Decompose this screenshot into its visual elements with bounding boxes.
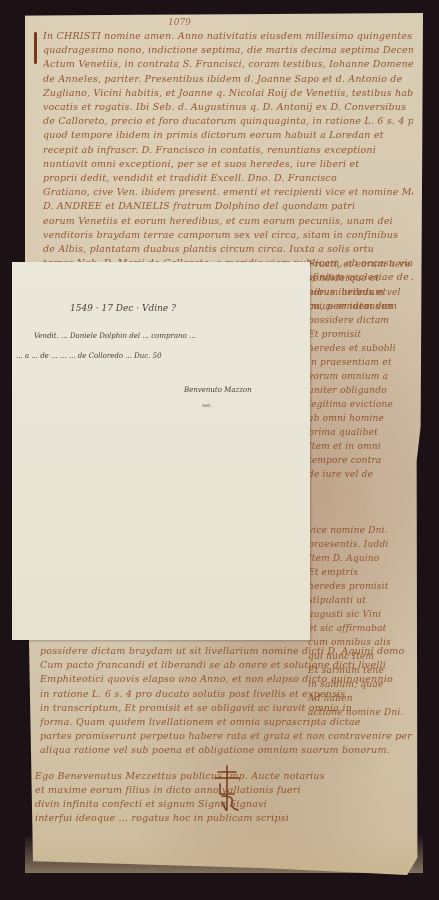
folio-number: 1079 (168, 18, 191, 28)
manuscript-line: vendidetque et (308, 272, 416, 286)
manuscript-line: ab omni homine (308, 412, 416, 426)
manuscript-line: heredes et subobli (308, 342, 416, 356)
manuscript-line: in ratione L. 6 s. 4 pro ducato solutis … (40, 688, 415, 702)
parchment-bottom-edge (25, 835, 423, 873)
manuscript-line: legitima evictione (308, 398, 416, 412)
manuscript-line: recepit ab infrascr. D. Francisco in con… (43, 144, 413, 158)
manuscript-line: et sic affirmabat (308, 622, 416, 636)
manuscript-line: venditoris braydam terrae camporum sex v… (43, 229, 413, 243)
manuscript-line: nuntiavit omni exceptioni, per se et suo… (43, 158, 413, 172)
deed-text-bottom: possidere dictam braydam ut sit livellar… (40, 645, 415, 759)
manuscript-line: praesentis. Iuddi (308, 538, 416, 552)
manuscript-line: de Calloreto, precio et foro ducatorum q… (43, 115, 413, 129)
manuscript-line: In CHRISTI nomine amen. Anno nativitatis… (43, 30, 413, 44)
note-body-line-2: ... a ... de ... ... ... de Colloredo ..… (16, 352, 162, 360)
manuscript-line: in transcriptum, Et promisit et se oblig… (40, 702, 415, 716)
manuscript-line: vice nomine Dni. (308, 524, 416, 538)
manuscript-line (308, 496, 416, 510)
manuscript-line: Gratiano, cive Ven. ibidem present. emen… (43, 186, 413, 200)
manuscript-line: possidere dictam (308, 314, 416, 328)
manuscript-line (308, 510, 416, 524)
manuscript-line: Zugliano, Vicini habitis, et Joanne q. N… (43, 87, 413, 101)
manuscript-line: D. ANDREE et DANIELIS fratrum Dolphino d… (43, 200, 413, 214)
manuscript-line: augusti sic Vini (308, 608, 416, 622)
manuscript-line: cuius se idem ven (308, 300, 416, 314)
manuscript-line: vocatis et rogatis. Ibi Seb. d. Augustin… (43, 101, 413, 115)
manuscript-line: eorum omnium a (308, 370, 416, 384)
manuscript-line: Fructi, et eorum here (308, 258, 416, 272)
manuscript-line: proprii dedit, vendidit et tradidit Exce… (43, 172, 413, 186)
manuscript-line: Actum Venetiis, in contrata S. Francisci… (43, 58, 413, 72)
manuscript-line: quadragesimo nono, indictione septima, d… (43, 44, 413, 58)
note-signature: Benvenuto Mazzon (184, 386, 252, 394)
manuscript-line: de iure vel de (308, 468, 416, 482)
notary-signum-icon (210, 764, 244, 812)
manuscript-line: interfui ideoque ... rogatus hoc in publ… (35, 812, 415, 826)
manuscript-line: Et promisit (308, 328, 416, 342)
manuscript-line: stipulanti ut (308, 594, 416, 608)
manuscript-line: Et emptrix (308, 566, 416, 580)
manuscript-line: uniter obligando (308, 384, 416, 398)
decorated-initial (34, 32, 37, 64)
note-date: 1549 · 17 Dec · Vdine ? (70, 304, 176, 314)
manuscript-line: de Anneles, pariter. Presentibus ibidem … (43, 73, 413, 87)
manuscript-line: prima qualibet (308, 426, 416, 440)
manuscript-line: Cum pacto francandi et liberandi se ab o… (40, 659, 415, 673)
manuscript-line: possidere dictam braydam ut sit livellar… (40, 645, 415, 659)
manuscript-line: Item et in omni (308, 440, 416, 454)
manuscript-line: aliqua ratione vel sub poena et obligati… (40, 744, 415, 758)
manuscript-line: forma. Quam quidem livellationem et omni… (40, 716, 415, 730)
manuscript-line: Item D. Aquino (308, 552, 416, 566)
note-signature-subscript: not. (202, 403, 212, 409)
manuscript-line: quod tempore ibidem in primis dictorum e… (43, 129, 413, 143)
archival-note-card: 1549 · 17 Dec · Vdine ? Vendit. ... Dani… (12, 262, 310, 640)
manuscript-line: partes promiserunt perpetuo habere rata … (40, 730, 415, 744)
manuscript-line: eorum Venetiis et eorum heredibus, et cu… (43, 215, 413, 229)
manuscript-line (308, 482, 416, 496)
manuscript-line: in praesentiam et (308, 356, 416, 370)
manuscript-line: Emphiteotici quovis elapso uno Anno, et … (40, 673, 415, 687)
manuscript-line: de Albis, plantatam duabus plantis circu… (43, 243, 413, 257)
manuscript-line: tempore contra (308, 454, 416, 468)
note-body-line-1: Vendit. ... Daniele Dolphin del ... comp… (34, 332, 196, 340)
manuscript-line: heredes promisit (308, 580, 416, 594)
manuscript-line: eorum heredum vel (308, 286, 416, 300)
